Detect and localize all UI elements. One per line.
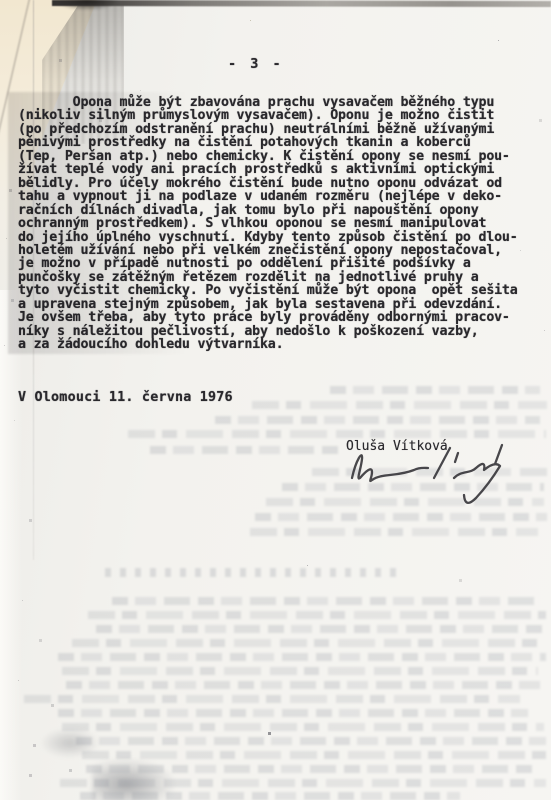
document-paragraph: Opona může být zbavována prachu vysavače… <box>18 96 518 352</box>
paper-speckles <box>0 0 1 1</box>
bleedthrough-line <box>72 639 546 647</box>
bleedthrough-line <box>66 681 546 689</box>
bleedthrough-line <box>330 386 540 394</box>
bleedthrough-heading <box>105 568 405 577</box>
paragraph-line: (nikoliv silným průmyslovým vysavačem). … <box>18 109 518 122</box>
page-number: - 3 - <box>228 56 284 72</box>
scanned-document-page: - 3 - Opona může být zbavována prachu vy… <box>0 0 551 800</box>
scan-top-edge-shadow <box>52 0 551 7</box>
bleedthrough-line <box>82 751 546 759</box>
bleedthrough-line <box>88 611 546 619</box>
paragraph-line: pěnivými prostředky na čistění potahovýc… <box>18 136 518 149</box>
paragraph-line: tahu a vypnout ji na podlaze v udaném ro… <box>18 190 518 203</box>
bleedthrough-line <box>62 723 544 731</box>
scan-top-edge-blot <box>56 0 118 10</box>
bleedthrough-line <box>150 446 340 454</box>
bleedthrough-line <box>60 779 546 787</box>
paragraph-line: Je ovšem třeba, aby tyto práce byly prov… <box>18 311 518 324</box>
bleedthrough-line <box>96 625 546 633</box>
paragraph-line: je možno v případě nutnosti po oddělení … <box>18 257 518 270</box>
bleedthrough-line <box>58 653 546 661</box>
bleedthrough-line <box>250 528 538 536</box>
bleedthrough-line <box>252 401 547 409</box>
bleedthrough-line <box>62 667 538 675</box>
paragraph-line: tyto vyčistit chemicky. Po vyčistění můž… <box>18 284 518 297</box>
paragraph-line: do jejího úplného vyschnutí. Kdyby tento… <box>18 231 518 244</box>
bleedthrough-line <box>86 765 538 773</box>
paragraph-line: žívat teplé vody ani pracích prostředků … <box>18 163 518 176</box>
bleedthrough-line <box>76 737 546 745</box>
page-left-margin-highlight <box>0 290 22 800</box>
bleedthrough-line <box>112 597 537 605</box>
paragraph-line: ochranným prostředkem). S vlhkou oponou … <box>18 217 518 230</box>
bleedthrough-line <box>58 709 528 717</box>
paragraph-line: a za žádoucího dohledu výtvarníka. <box>18 338 518 351</box>
dateline: V Olomouci 11. června 1976 <box>18 390 233 405</box>
bleedthrough-line <box>24 695 520 703</box>
handwritten-signature-icon <box>338 420 518 520</box>
bleedthrough-line <box>80 792 460 800</box>
